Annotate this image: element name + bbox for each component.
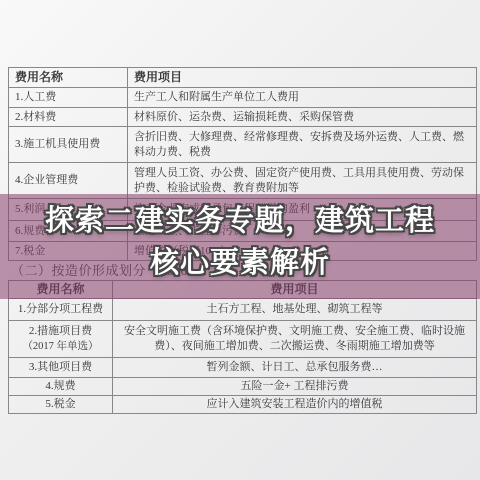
fee-name-cell: 2.材料费 [9, 108, 128, 127]
fee-items-cell: 材料原价、运杂费、运输损耗费、采购保管费 [128, 108, 477, 127]
fee-name-cell: 3.其他项目费 [9, 358, 113, 378]
fee-name-line2: （2017 年单选） [15, 339, 106, 354]
fee-items-cell: 含折旧费、大修理费、经常修理费、安拆费及场外运费、人工费、燃料动力费、税费 [128, 127, 477, 163]
table-row: 3.其他项目费 暂列金额、计日工、总承包服务费… [9, 358, 477, 378]
table-row: 3.施工机具使用费 含折旧费、大修理费、经常修理费、安拆费及场外运费、人工费、燃… [9, 127, 477, 163]
fee-name-cell: 5.税金 [9, 396, 113, 414]
fee-items-cell: 安全文明施工费（含环境保护费、文明施工费、安全施工费、临时设施费）、夜间施工增加… [113, 321, 477, 358]
fee-name-line1: 2.措施项目费 [15, 324, 106, 339]
fee-items-cell: 暂列金额、计日工、总承包服务费… [113, 358, 477, 378]
header-fee-items: 费用项目 [128, 68, 477, 88]
fee-name-cell: 3.施工机具使用费 [9, 127, 128, 163]
fee-name-cell: 4.规费 [9, 378, 113, 396]
fee-name-cell: 1.人工费 [9, 88, 128, 108]
table-row: 2.措施项目费 （2017 年单选） 安全文明施工费（含环境保护费、文明施工费、… [9, 321, 477, 358]
fee-items-cell: 生产工人和附属生产单位工人费用 [128, 88, 477, 108]
table-row: 1.人工费 生产工人和附属生产单位工人费用 [9, 88, 477, 108]
table-row: 4.规费 五险一金+ 工程排污费 [9, 378, 477, 396]
fee-items-cell: 五险一金+ 工程排污费 [113, 378, 477, 396]
fee-items-cell: 土石方工程、地基处理、砌筑工程等 [113, 299, 477, 321]
header-fee-name: 费用名称 [9, 68, 128, 88]
fee-name-cell: 1.分部分项工程费 [9, 299, 113, 321]
document-photo: 费用名称 费用项目 1.人工费 生产工人和附属生产单位工人费用 2.材料费 材料… [0, 0, 480, 480]
fee-items-cell: 应计入建筑安装工程造价内的增值税 [113, 396, 477, 414]
table-row: 5.税金 应计入建筑安装工程造价内的增值税 [9, 396, 477, 414]
promo-title-line1: 探索二建实务专题，建筑工程 [0, 205, 480, 237]
table-header-row: 费用名称 费用项目 [9, 68, 477, 88]
fee-table-price-formation: 费用名称 费用项目 1.分部分项工程费 土石方工程、地基处理、砌筑工程等 2.措… [8, 280, 477, 414]
fee-name-cell: 2.措施项目费 （2017 年单选） [9, 321, 113, 358]
table-row: 1.分部分项工程费 土石方工程、地基处理、砌筑工程等 [9, 299, 477, 321]
table-row: 2.材料费 材料原价、运杂费、运输损耗费、采购保管费 [9, 108, 477, 127]
promo-title-line2: 核心要素解析 [0, 247, 480, 279]
